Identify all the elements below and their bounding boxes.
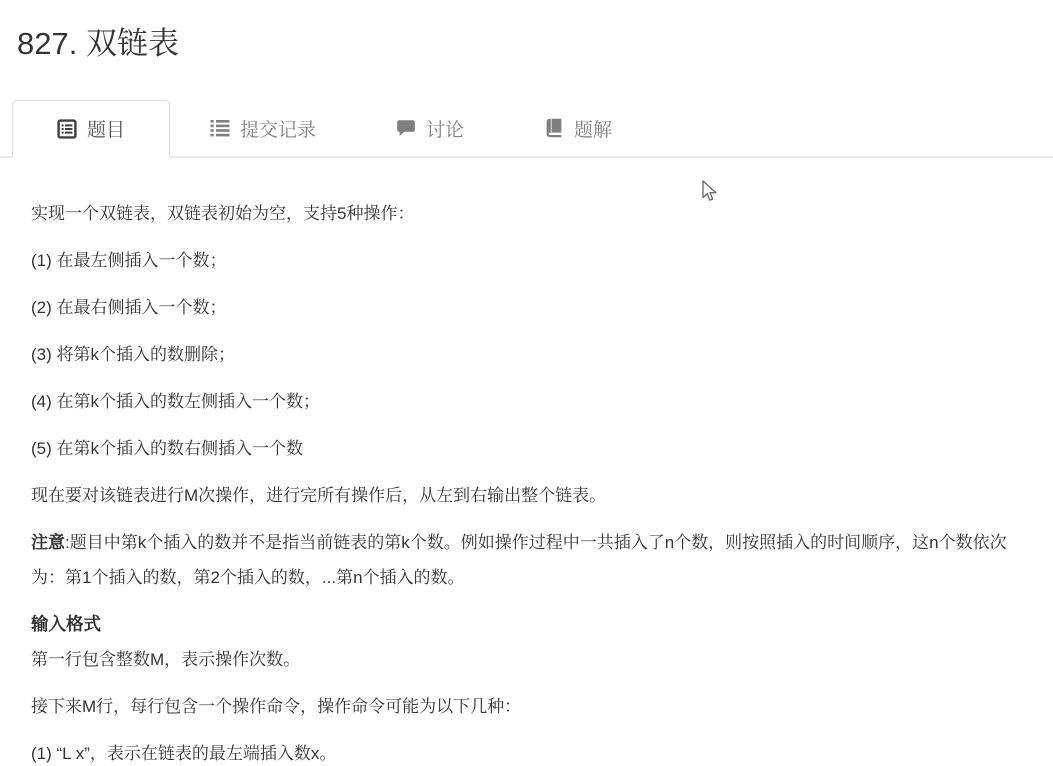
problem-content: 实现一个双链表，双链表初始为空，支持5种操作： (1) 在最左侧插入一个数； (… [0,158,1053,766]
operation-item-5: (5) 在第k个插入的数右侧插入一个数 [31,431,1033,466]
operation-item-1: (1) 在最左侧插入一个数； [31,243,1033,278]
note-paragraph: 注意:题目中第k个插入的数并不是指当前链表的第k个数。例如操作过程中一共插入了n… [31,525,1033,595]
input-line-2: 接下来M行，每行包含一个操作命令，操作命令可能为以下几种： [31,689,1033,724]
note-text: :题目中第k个插入的数并不是指当前链表的第k个数。例如操作过程中一共插入了n个数… [31,533,1007,587]
tab-solutions-label: 题解 [574,115,612,142]
tab-discussion[interactable]: 讨论 [356,100,504,156]
note-label: 注意 [31,533,65,552]
book-icon [544,118,564,138]
tabbar: 题目 提交记录 讨论 [0,100,1053,158]
doc-list-icon [57,119,77,139]
operation-item-2: (2) 在最右侧插入一个数； [31,290,1033,325]
comment-icon [396,118,416,138]
input-line-3: (1) “L x”，表示在链表的最左端插入数x。 [31,736,1033,766]
operation-item-4: (4) 在第k个插入的数左侧插入一个数； [31,384,1033,419]
tab-problem-label: 题目 [87,115,125,142]
page-title: 827. 双链表 [17,25,1053,62]
tab-problem[interactable]: 题目 [12,100,170,158]
input-line-1: 第一行包含整数M，表示操作次数。 [31,642,1033,677]
input-format-heading: 输入格式 [31,607,1033,642]
tab-discussion-label: 讨论 [426,115,464,142]
operation-item-3: (3) 将第k个插入的数删除； [31,337,1033,372]
list-icon [210,118,230,138]
problem-process: 现在要对该链表进行M次操作，进行完所有操作后，从左到右输出整个链表。 [31,478,1033,513]
tab-submissions[interactable]: 提交记录 [170,100,356,156]
problem-intro: 实现一个双链表，双链表初始为空，支持5种操作： [31,196,1033,231]
tab-submissions-label: 提交记录 [240,115,316,142]
tab-solutions[interactable]: 题解 [504,100,652,156]
